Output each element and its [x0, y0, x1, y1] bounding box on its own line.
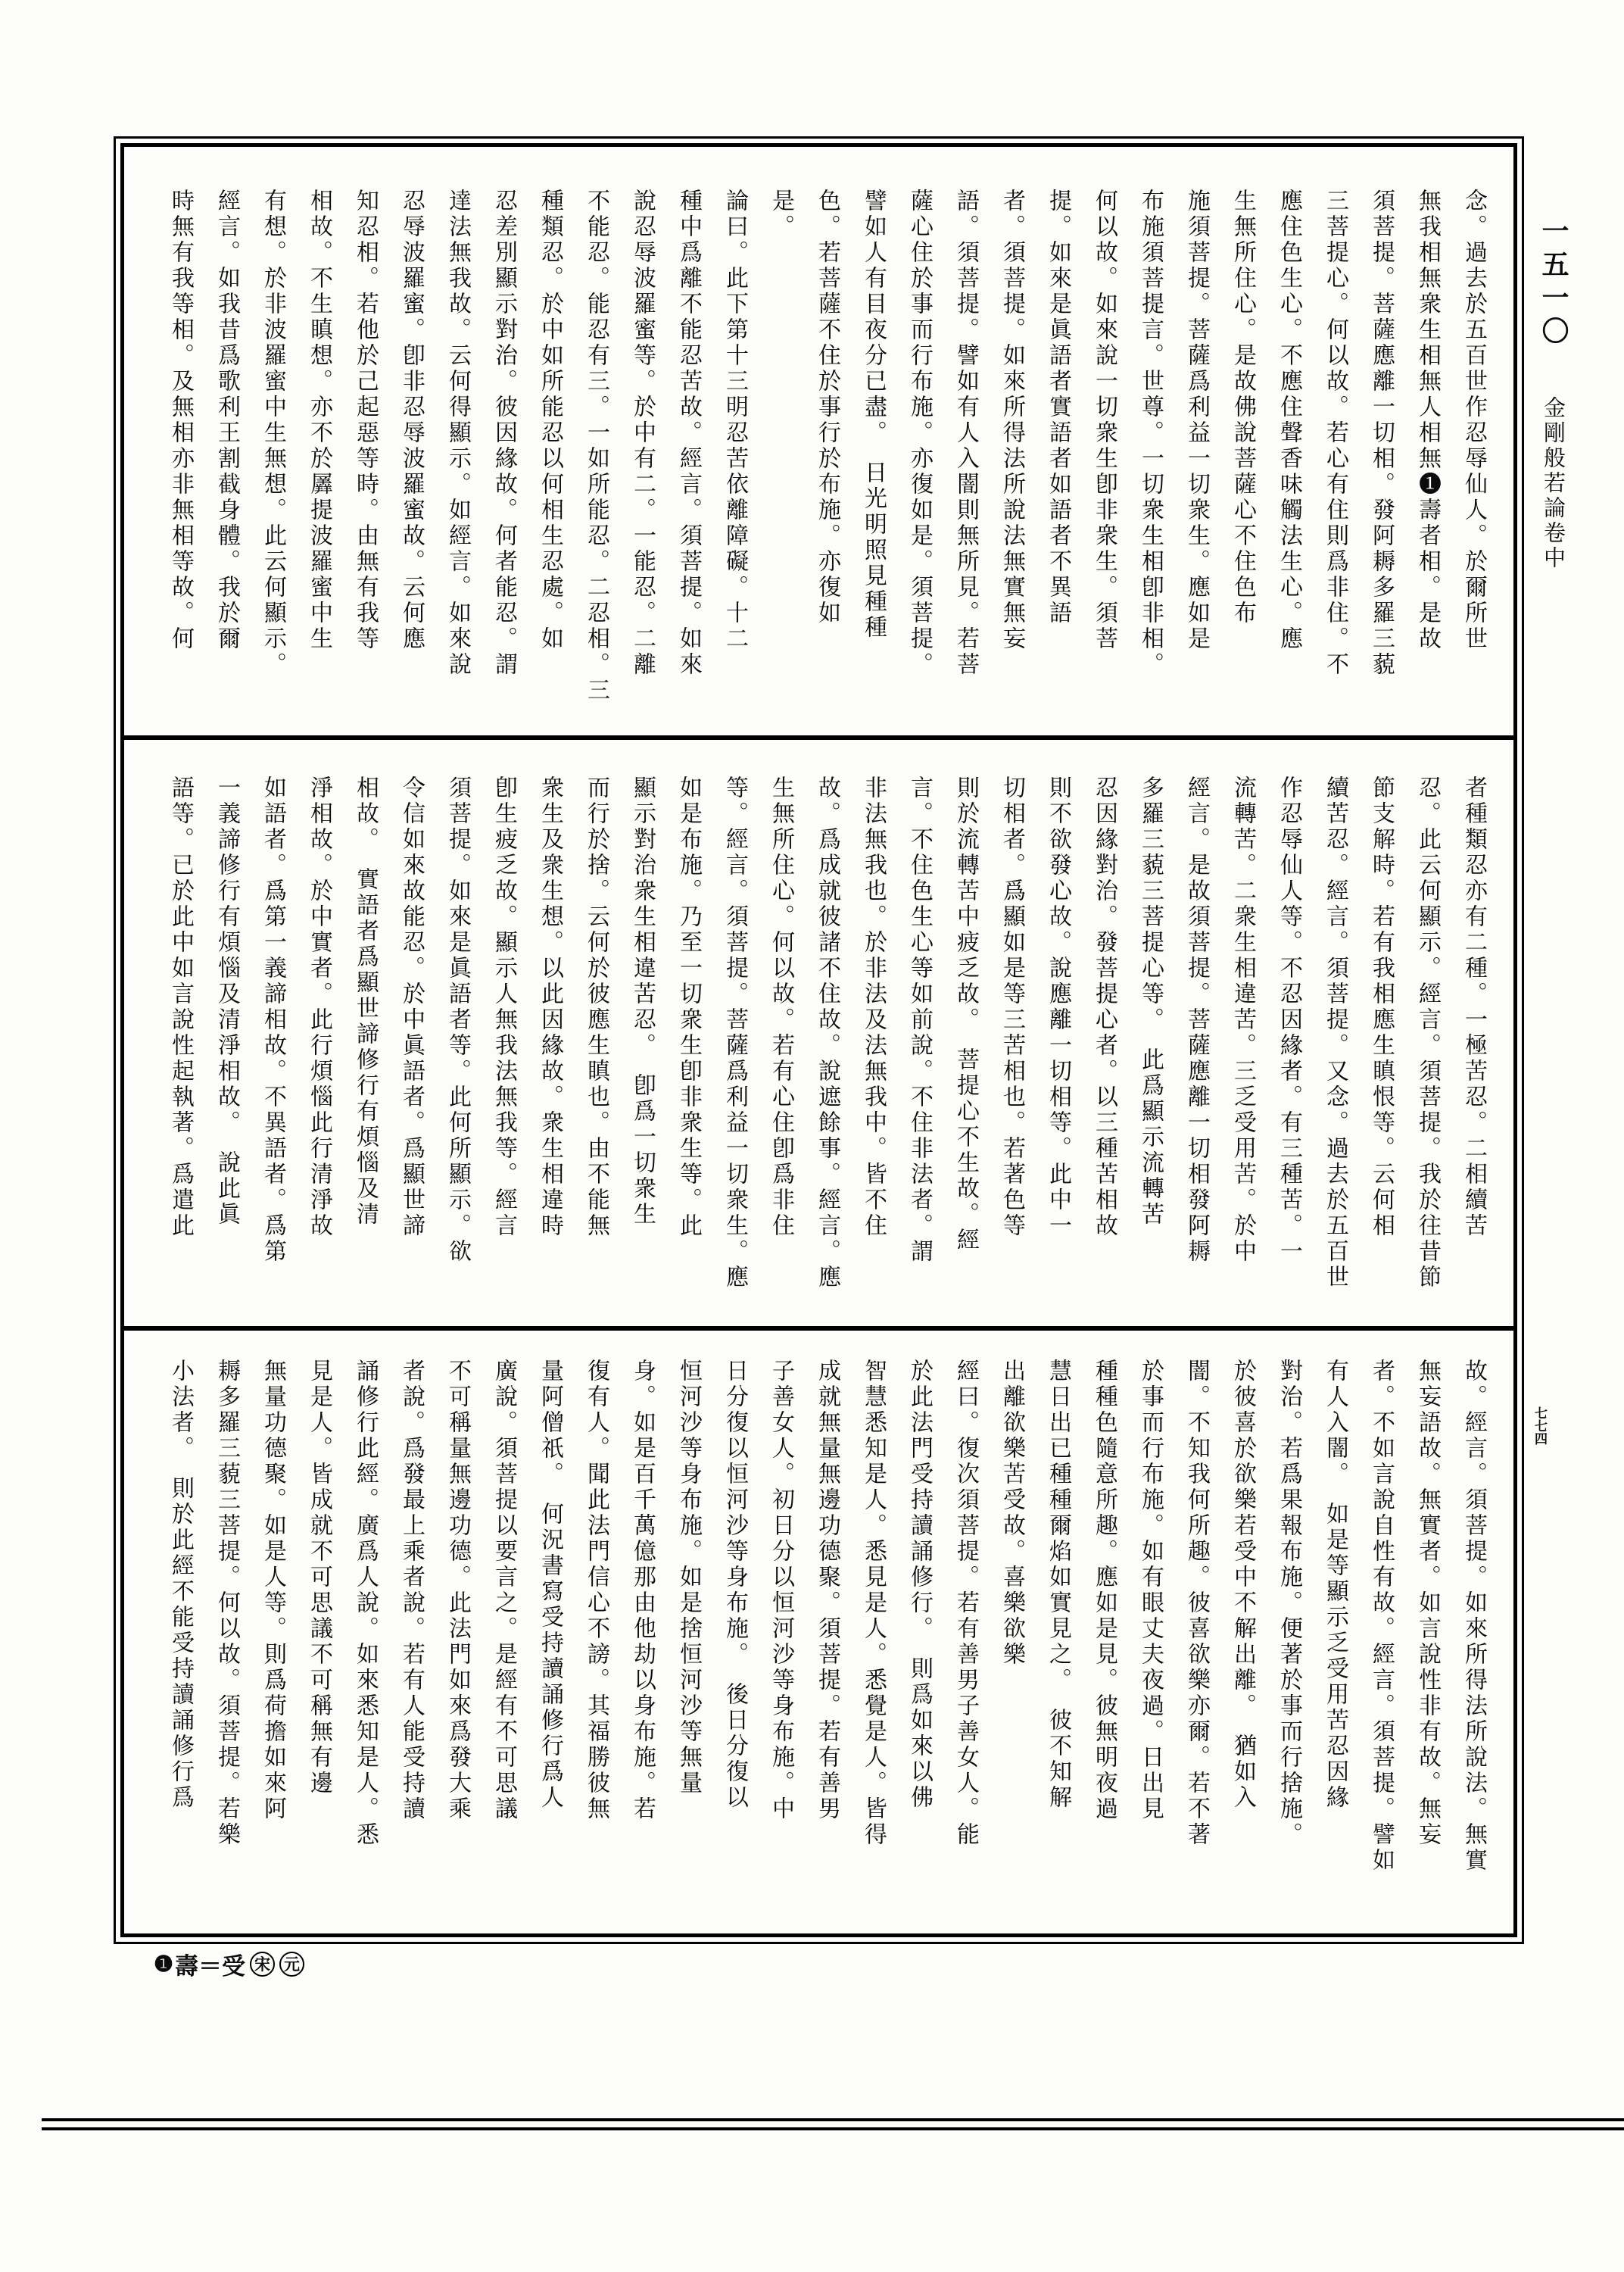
margin-running-head: 一五一〇 金剛般若論卷中: [1528, 217, 1573, 571]
text-frame-inner-border: 念。過去於五百世作忍辱仙人。於爾所世 無我相無衆生相無人相無❶壽者相。是故 須菩…: [120, 143, 1517, 1937]
footnote-text: 壽＝受: [175, 1947, 245, 1981]
running-title: 金剛般若論卷中: [1538, 396, 1569, 571]
register-top: 念。過去於五百世作忍辱仙人。於爾所世 無我相無衆生相無人相無❶壽者相。是故 須菩…: [124, 147, 1513, 735]
bottom-rule-2: [42, 2127, 1624, 2130]
collation-footnote: ❶ 壽＝受 宋 元: [154, 1948, 304, 1980]
bottom-rule-1: [42, 2118, 1624, 2121]
taisho-text-number: 一五一〇: [1538, 217, 1569, 350]
edition-yuan-badge: 元: [279, 1952, 304, 1977]
edition-song-badge: 宋: [250, 1952, 275, 1977]
page-number: 七七四: [1532, 1406, 1545, 1445]
register-bottom: 故。經言。須菩提。如來所得法所說法。無實 無妄語故。無實者。如言說性非有故。無妄…: [124, 1331, 1513, 1933]
text-frame: 念。過去於五百世作忍辱仙人。於爾所世 無我相無衆生相無人相無❶壽者相。是故 須菩…: [114, 136, 1524, 1944]
footnote-marker-icon: ❶: [154, 1951, 173, 1977]
register-middle: 者種類忍亦有二種。一極苦忍。二相續苦 忍。此云何顯示。經言。須菩提。我於往昔節 …: [124, 740, 1513, 1326]
